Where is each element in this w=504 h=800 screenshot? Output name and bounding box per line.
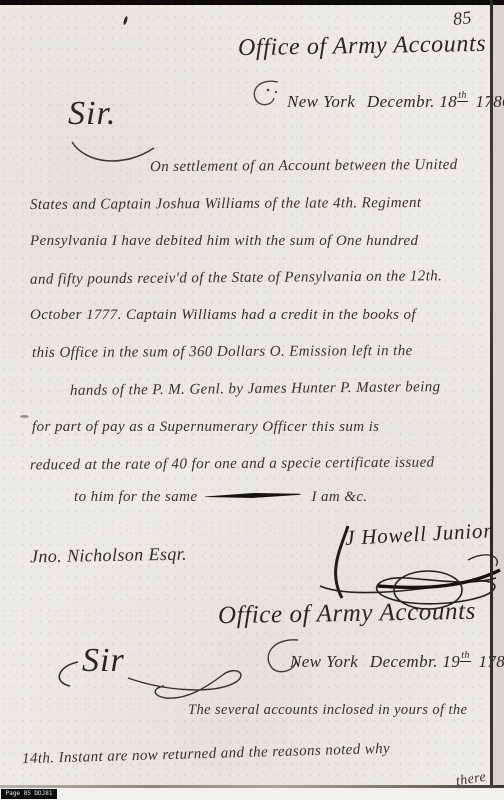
ink-mark [20, 415, 29, 418]
body-line: hands of the P. M. Genl. by James Hunter… [70, 379, 441, 400]
page-bottom-edge [0, 785, 504, 788]
letter2-date-superscript: th [460, 650, 471, 662]
body-line: Pensylvania I have debited him with the … [30, 233, 418, 250]
letter1-date-superscript: th [457, 90, 468, 102]
page-number: 85 [452, 7, 473, 30]
archive-frame-label: Page 85 DDJ81 [1, 789, 57, 799]
body-line: On settlement of an Account between the … [150, 157, 458, 176]
body-line: reduced at the rate of 40 for one and a … [30, 455, 435, 475]
body-line: this Office in the sum of 360 Dollars O.… [32, 343, 413, 362]
body-line: and fifty pounds receiv'd of the State o… [30, 268, 442, 289]
body-line: 14th. Instant are now returned and the r… [22, 741, 391, 768]
letter2-office-heading: Office of Army Accounts [218, 598, 476, 630]
letter1-dateline: New York Decembr. 18th 1786 [287, 90, 504, 112]
closing-line: to him for the sameI am &c. [74, 489, 368, 506]
letter2-place: New York [290, 652, 358, 671]
letter2-date: Decembr. 19 [370, 652, 460, 671]
body-line: to him for the same [74, 489, 197, 505]
scan-top-edge [0, 0, 504, 5]
letter1-office-heading: Office of Army Accounts [238, 31, 487, 62]
body-line: for part of pay as a Supernumerary Offic… [32, 419, 379, 436]
letter1-place: New York [287, 92, 355, 111]
body-line: States and Captain Joshua Williams of th… [30, 195, 422, 214]
curl-flourish [248, 76, 292, 110]
letter2-dateline: New York Decembr. 19th 1786 [290, 650, 504, 672]
scan-background-strip [0, 788, 504, 800]
letter1-salutation: Sir. [68, 95, 116, 133]
letter1-closing: I am &c. [311, 489, 367, 505]
body-line: October 1777. Captain Williams had a cre… [30, 307, 416, 324]
ink-mark [123, 16, 129, 25]
body-line: The several accounts inclosed in yours o… [188, 702, 467, 719]
letter1-date: Decembr. 18 [367, 92, 457, 111]
manuscript-page: Page 85 DDJ81 85 Office of Army Accounts… [0, 0, 504, 800]
flourish-dash [205, 492, 301, 500]
addressee: Jno. Nicholson Esqr. [30, 544, 187, 568]
page-right-edge [490, 0, 493, 788]
